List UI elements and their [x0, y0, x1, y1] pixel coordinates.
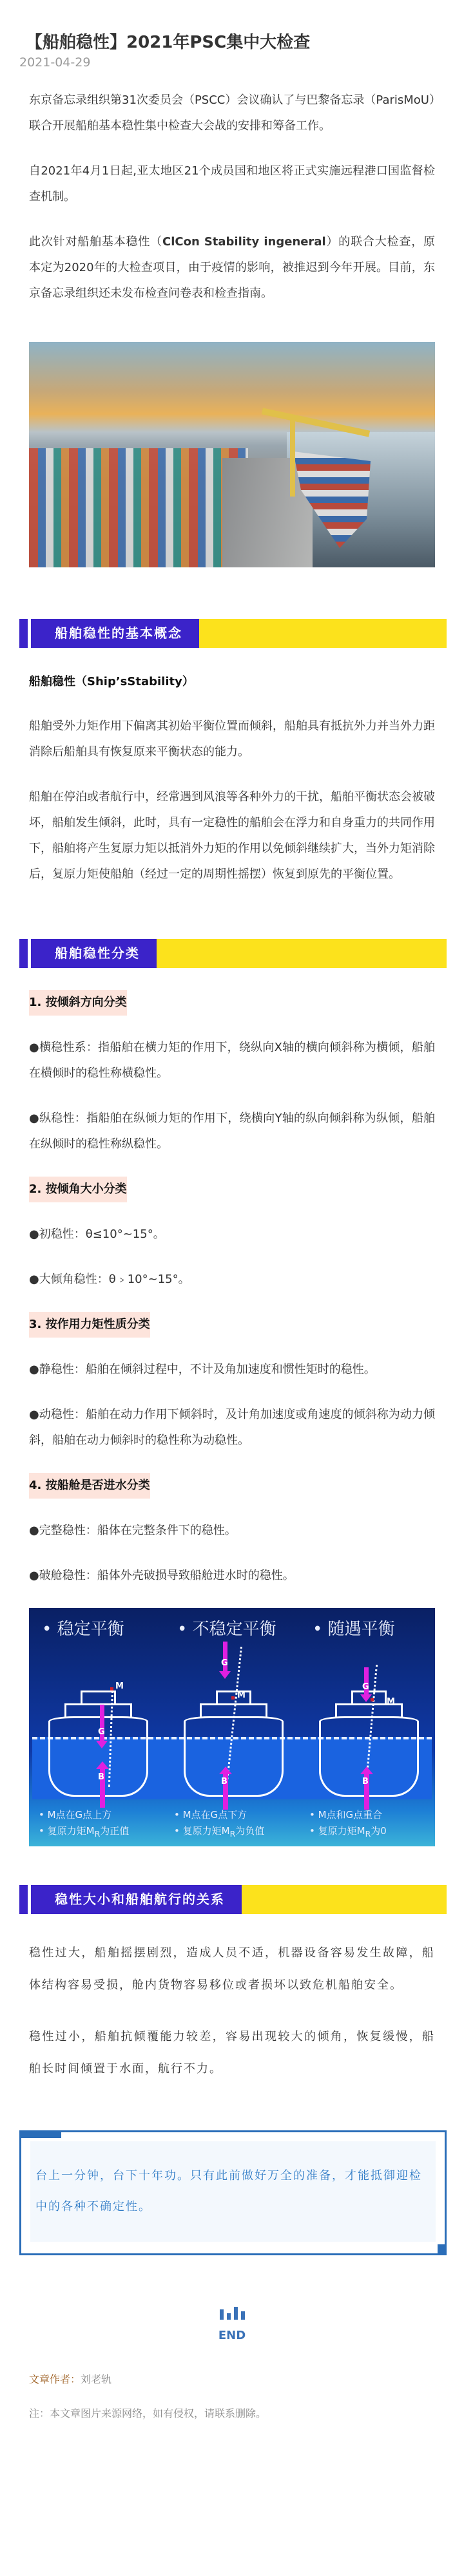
note-subscript: R [365, 1829, 371, 1839]
intro-section: 东京备忘录组织第31次委员会（PSCC）会议确认了与巴黎备忘录（ParisMoU… [29, 88, 435, 307]
header-accent [19, 939, 28, 968]
diagram-note: • 复原力矩MR为0 [309, 1824, 387, 1839]
diagram-column-title: • 随遇平衡 [313, 1616, 395, 1640]
quote-corner-decoration [438, 2244, 447, 2255]
section-header-label: 船舶稳性分类 [31, 939, 157, 968]
bullet-item: ●破舱稳性：船体外壳破损导致船舱进水时的稳性。 [29, 1563, 435, 1589]
metacenter-dot [371, 1698, 374, 1701]
text-span: 此次针对船舶基本稳性（ [29, 235, 162, 249]
m-label: M [387, 1697, 395, 1707]
end-label: END [29, 2329, 435, 2342]
note-text: 为正值 [100, 1825, 129, 1837]
section-header-label: 船舶稳性的基本概念 [31, 619, 199, 648]
g-label: G [98, 1727, 105, 1737]
diagram-column-neutral: • 随遇平衡 G M B • M点和G点重合 • 复原力矩MR为0 [300, 1608, 435, 1846]
classification-tag: 2. 按倾角大小分类 [29, 1177, 127, 1202]
intro-paragraph: 东京备忘录组织第31次委员会（PSCC）会议确认了与巴黎备忘录（ParisMoU… [29, 88, 435, 139]
author-name: 刘老轨 [81, 2373, 111, 2385]
bullet-item: ●大倾角稳性：θ﹥10°~15°。 [29, 1267, 435, 1293]
bullet-item: ●纵稳性：指船舶在纵倾力矩的作用下，绕横向Y轴的纵向倾斜称为纵倾，船舶在纵倾时的… [29, 1106, 435, 1157]
equilibrium-diagram: • 稳定平衡 M G B • M点在G点上方 • 复原力矩MR为正值 • 不稳定… [29, 1608, 435, 1846]
quote-corner-decoration [19, 2130, 61, 2138]
classification-group: 3. 按作用力矩性质分类 ●静稳性：船舶在倾斜过程中，不计及角加速度和惯性矩时的… [29, 1312, 435, 1454]
diagram-note: • M点和G点重合 [309, 1808, 382, 1821]
note-text: • 复原力矩M [309, 1825, 365, 1837]
end-marker: END [29, 2307, 435, 2342]
intro-paragraph: 此次针对船舶基本稳性（ClCon Stability ingeneral）的联合… [29, 229, 435, 307]
classification-tag: 4. 按船舱是否进水分类 [29, 1473, 150, 1499]
quote-box: 台上一分钟，台下十年功。只有此前做好万全的准备，才能抵御迎检中的各种不确定性。 [19, 2130, 447, 2255]
m-label: M [115, 1681, 124, 1691]
quote-text: 台上一分钟，台下十年功。只有此前做好万全的准备，才能抵御迎检中的各种不确定性。 [30, 2141, 436, 2242]
author-line: 文章作者：刘老轨 [29, 2371, 435, 2386]
g-label: G [221, 1658, 228, 1668]
classification-group: 1. 按倾斜方向分类 ●横稳性系：指船舶在横力矩的作用下，绕纵向X轴的横向倾斜称… [29, 990, 435, 1157]
body-paragraph: 船舶受外力矩作用下偏离其初始平衡位置而倾斜，船舶具有抵抗外力并当外力距消除后船舶… [29, 714, 435, 765]
header-yellow-fill [199, 619, 447, 648]
article: 【船舶稳性】2021年PSC集中大检查 2021-04-29 东京备忘录组织第3… [0, 0, 464, 2420]
author-key: 文章作者： [29, 2373, 81, 2385]
body-paragraph: 稳性过小，船舶抗倾覆能力较差，容易出现较大的倾角，恢复缓慢，船舶长时间倾置于水面… [29, 2021, 435, 2085]
classification-group: 4. 按船舱是否进水分类 ●完整稳性：船体在完整条件下的稳性。 ●破舱稳性：船体… [29, 1473, 435, 1589]
note-text: • 复原力矩M [39, 1825, 95, 1837]
note-text: 为负值 [235, 1825, 264, 1837]
classification-tag: 1. 按倾斜方向分类 [29, 990, 127, 1016]
bullet-item: ●静稳性：船舶在倾斜过程中，不计及角加速度和惯性矩时的稳性。 [29, 1357, 435, 1383]
body-paragraph: 船舶在停泊或者航行中，经常遇到风浪等各种外力的干扰，船舶平衡状态会被破坏，船舶发… [29, 784, 435, 887]
header-yellow-fill [242, 1885, 447, 1914]
diagram-note: • 复原力矩MR为负值 [174, 1824, 264, 1839]
diagram-note: • 复原力矩MR为正值 [39, 1824, 129, 1839]
body-paragraph: 稳性过大，船舶摇摆剧烈，造成人员不适，机器设备容易发生故障，船体结构容易受损，舱… [29, 1937, 435, 2002]
bullet-item: ●初稳性：θ≤10°~15°。 [29, 1222, 435, 1247]
article-title: 【船舶稳性】2021年PSC集中大检查 [26, 0, 435, 53]
note-text: • 复原力矩M [174, 1825, 230, 1837]
b-label: B [362, 1777, 369, 1786]
note-text: 为0 [371, 1825, 387, 1837]
diagram-column-unstable: • 不稳定平衡 G M B • M点在G点下方 • 复原力矩MR为负值 [164, 1608, 300, 1846]
diagram-column-title: • 稳定平衡 [42, 1616, 124, 1640]
note-subscript: R [95, 1829, 101, 1839]
copyright-note: 注：本文章图片来源网络，如有侵权，请联系删除。 [29, 2405, 435, 2420]
section-header-stability-navigation: 稳性大小和船舶航行的关系 [19, 1885, 447, 1914]
b-label: B [98, 1772, 104, 1782]
header-accent [19, 619, 28, 648]
bullet-item: ●横稳性系：指船舶在横力矩的作用下，绕纵向X轴的横向倾斜称为横倾，船舶在横倾时的… [29, 1035, 435, 1086]
section-header-classification: 船舶稳性分类 [19, 939, 447, 968]
bar-chart-icon [220, 2307, 245, 2320]
intro-paragraph: 自2021年4月1日起,亚太地区21个成员国和地区将正式实施远程港口国监督检查机… [29, 158, 435, 210]
section-header-label: 稳性大小和船舶航行的关系 [31, 1885, 242, 1914]
photo-containers [29, 448, 248, 567]
header-yellow-fill [157, 939, 447, 968]
publish-date: 2021-04-29 [19, 55, 435, 70]
note-subscript: R [230, 1829, 236, 1839]
section-header-basic-concept: 船舶稳性的基本概念 [19, 619, 447, 648]
diagram-column-stable: • 稳定平衡 M G B • M点在G点上方 • 复原力矩MR为正值 [29, 1608, 164, 1846]
photo-crane [290, 419, 295, 497]
metacenter-dot [231, 1696, 235, 1700]
diagram-note: • M点在G点上方 [39, 1808, 111, 1821]
stability-term: ClCon Stability ingeneral [162, 235, 326, 249]
g-label: G [362, 1682, 369, 1692]
bullet-item: ●动稳性：船舶在动力作用下倾斜时，及计角加速度或角速度的倾斜称为动力倾斜，船舶在… [29, 1402, 435, 1454]
b-label: B [221, 1777, 227, 1786]
subheading-ship-stability: 船舶稳性（Ship’sStability） [29, 672, 435, 689]
classification-tag: 3. 按作用力矩性质分类 [29, 1312, 150, 1338]
diagram-column-title: • 不稳定平衡 [177, 1616, 276, 1640]
classification-group: 2. 按倾角大小分类 ●初稳性：θ≤10°~15°。 ●大倾角稳性：θ﹥10°~… [29, 1177, 435, 1293]
diagram-note: • M点在G点下方 [174, 1808, 247, 1821]
port-photo [29, 342, 435, 567]
header-accent [19, 1885, 28, 1914]
bullet-item: ●完整稳性：船体在完整条件下的稳性。 [29, 1518, 435, 1544]
m-label: M [237, 1690, 246, 1700]
ship-deck-icon [64, 1703, 132, 1718]
